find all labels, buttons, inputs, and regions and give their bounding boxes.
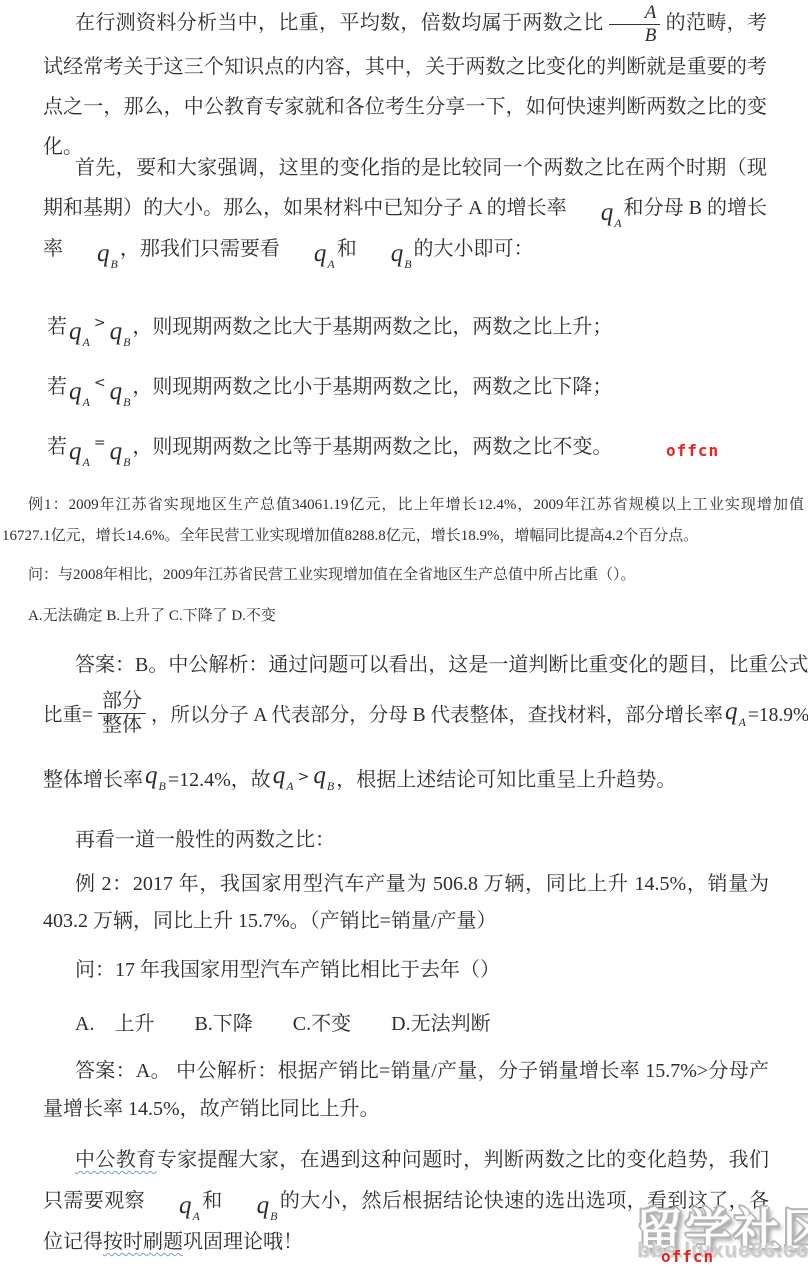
q-subscript-B: B: [404, 257, 411, 271]
answer1-formula-row1: 比重=部分整体，所以分子 A 代表部分，分母 B 代表整体，查找材料，部分增长率…: [43, 684, 808, 742]
offcn-watermark: offcn: [661, 1247, 714, 1266]
q-symbol: q: [314, 240, 327, 267]
setup-paragraph: 首先，要和大家强调，这里的变化指的是比较同一个两数之比在两个时期（现期和基期）的…: [43, 148, 767, 270]
answer1-line1: 答案：B。中公解析：通过问题可以看出，这是一道判断比重变化的题目，比重公式：: [43, 645, 808, 685]
fraction-denominator: B: [609, 25, 661, 47]
answer1-text-3: ，根据上述结论可知比重呈上升趋势。: [336, 763, 676, 792]
rule-post: ，则现期两数之比小于基期两数之比，两数之比下降；: [132, 376, 612, 398]
example2-question: 问：17 年我国家用型汽车产销比相比于去年（）: [75, 950, 500, 990]
answer1-formula-row2: 整体增长率qB=12.4%，故qA>qB，根据上述结论可知比重呈上升趋势。: [43, 756, 676, 798]
growth-rate-qB: qB: [110, 379, 131, 408]
q-subscript-B: B: [123, 395, 130, 409]
growth-rate-qA: qA: [569, 200, 622, 229]
q-symbol: q: [179, 1192, 192, 1219]
setup-text-3: ，那我们只需要看: [120, 238, 280, 260]
q-subscript-B: B: [123, 335, 130, 349]
fraction-part-over-whole: 部分整体: [98, 690, 146, 737]
q-subscript-A: A: [83, 335, 90, 349]
q-symbol: q: [725, 698, 738, 725]
transition-line: 再看一道一般性的两数之比：: [43, 820, 335, 860]
rule-greater: 若qA>qB，则现期两数之比大于基期两数之比，两数之比上升；: [47, 303, 612, 348]
q-subscript-A: A: [83, 395, 90, 409]
q-symbol: q: [110, 318, 123, 345]
rule-pre: 若: [47, 316, 67, 338]
q-symbol: q: [110, 438, 123, 465]
q-subscript-B: B: [123, 455, 130, 469]
fraction-a-over-b: AB: [609, 2, 661, 47]
growth-rate-qB: qB: [110, 319, 131, 348]
q-symbol: q: [69, 378, 82, 405]
example2-options: A. 上升 B.下降 C.不变 D.无法判断: [75, 1004, 491, 1044]
ratio-label: 比重=: [43, 699, 93, 727]
q-symbol: q: [69, 438, 82, 465]
growth-rate-qB: qB: [110, 439, 131, 468]
example1-question: 问：与2008年相比，2009年江苏省民营工业实现增加值在全省地区生产总值中所占…: [28, 560, 636, 591]
answer1-value-2: =12.4%，故: [168, 763, 271, 792]
greater-than-operator: >: [92, 315, 108, 331]
document-page: 在行测资料分析当中，比重，平均数，倍数均属于两数之比AB的范畴，考试经常考关于这…: [0, 0, 808, 1271]
fraction-numerator: 部分: [98, 690, 146, 714]
q-symbol: q: [601, 199, 614, 226]
rule-post: ，则现期两数之比大于基期两数之比，两数之比上升；: [132, 316, 612, 338]
growth-rate-qB: qB: [359, 241, 412, 270]
closing-text-4: 巩固理论哦！: [183, 1231, 303, 1253]
rule-less: 若qA<qB，则现期两数之比小于基期两数之比，两数之比下降；: [47, 363, 612, 408]
q-subscript-A: A: [327, 257, 334, 271]
fraction-numerator: A: [609, 2, 661, 25]
answer1-value-1: =18.9%，: [748, 699, 808, 727]
closing-wavy-brand: 中公教育: [75, 1149, 157, 1171]
q-subscript-B: B: [111, 257, 118, 271]
intro-text-before: 在行测资料分析当中，比重，平均数，倍数均属于两数之比: [75, 12, 604, 34]
q-symbol: q: [273, 762, 286, 789]
q-symbol: q: [69, 318, 82, 345]
growth-rate-qB: qB: [225, 1193, 278, 1222]
q-symbol: q: [257, 1192, 270, 1219]
q-subscript-B: B: [327, 779, 334, 793]
q-symbol: q: [145, 762, 158, 789]
intro-paragraph: 在行测资料分析当中，比重，平均数，倍数均属于两数之比AB的范畴，考试经常考关于这…: [43, 2, 767, 167]
offcn-watermark: offcn: [666, 441, 719, 460]
example1-options: A.无法确定 B.上升了 C.下降了 D.不变: [28, 601, 276, 632]
greater-than-operator: >: [296, 769, 312, 785]
q-symbol: q: [313, 762, 326, 789]
fraction-denominator: 整体: [98, 714, 146, 737]
growth-rate-qB: qB: [145, 763, 166, 792]
q-subscript-A: A: [739, 715, 746, 729]
closing-text-2: 和: [202, 1190, 223, 1212]
q-subscript-A: A: [614, 216, 621, 230]
answer1-text-after-frac: ，所以分子 A 代表部分，分母 B 代表整体，查找材料，部分增长率: [151, 699, 723, 727]
answer1-text-2: 整体增长率: [43, 763, 143, 792]
q-symbol: q: [97, 240, 110, 267]
rule-post: ，则现期两数之比等于基期两数之比，两数之比不变。: [132, 436, 612, 458]
growth-rate-qA: qA: [273, 763, 294, 792]
growth-rate-qA: qA: [725, 699, 746, 728]
q-symbol: q: [110, 378, 123, 405]
rule-equal: 若qA=qB，则现期两数之比等于基期两数之比，两数之比不变。: [47, 423, 612, 468]
growth-rate-qB: qB: [313, 763, 334, 792]
rule-pre: 若: [47, 436, 67, 458]
q-subscript-A: A: [193, 1209, 200, 1223]
equals-operator: =: [92, 435, 108, 451]
rule-pre: 若: [47, 376, 67, 398]
closing-wavy-reminder: 按时刷题: [103, 1231, 183, 1253]
growth-rate-qA: qA: [69, 379, 90, 408]
example1-body: 例1：2009年江苏省实现地区生产总值34061.19亿元，比上年增长12.4%…: [2, 490, 804, 552]
answer2-body: 答案：A。 中公解析：根据产销比=销量/产量，分子销量增长率 15.7%>分母产…: [43, 1052, 769, 1128]
setup-text-5: 的大小即可：: [414, 238, 534, 260]
growth-rate-qA: qA: [147, 1193, 200, 1222]
growth-rate-qA: qA: [282, 241, 335, 270]
q-symbol: q: [391, 240, 404, 267]
growth-rate-qB: qB: [65, 241, 118, 270]
q-subscript-A: A: [83, 455, 90, 469]
growth-rate-qA: qA: [69, 439, 90, 468]
less-than-operator: <: [92, 375, 108, 391]
growth-rate-qA: qA: [69, 319, 90, 348]
q-subscript-B: B: [270, 1209, 277, 1223]
q-subscript-A: A: [286, 779, 293, 793]
q-subscript-B: B: [159, 779, 166, 793]
setup-text-4: 和: [337, 238, 357, 260]
example2-body: 例 2：2017 年，我国家用型汽车产量为 506.8 万辆，同比上升 14.5…: [43, 866, 769, 940]
